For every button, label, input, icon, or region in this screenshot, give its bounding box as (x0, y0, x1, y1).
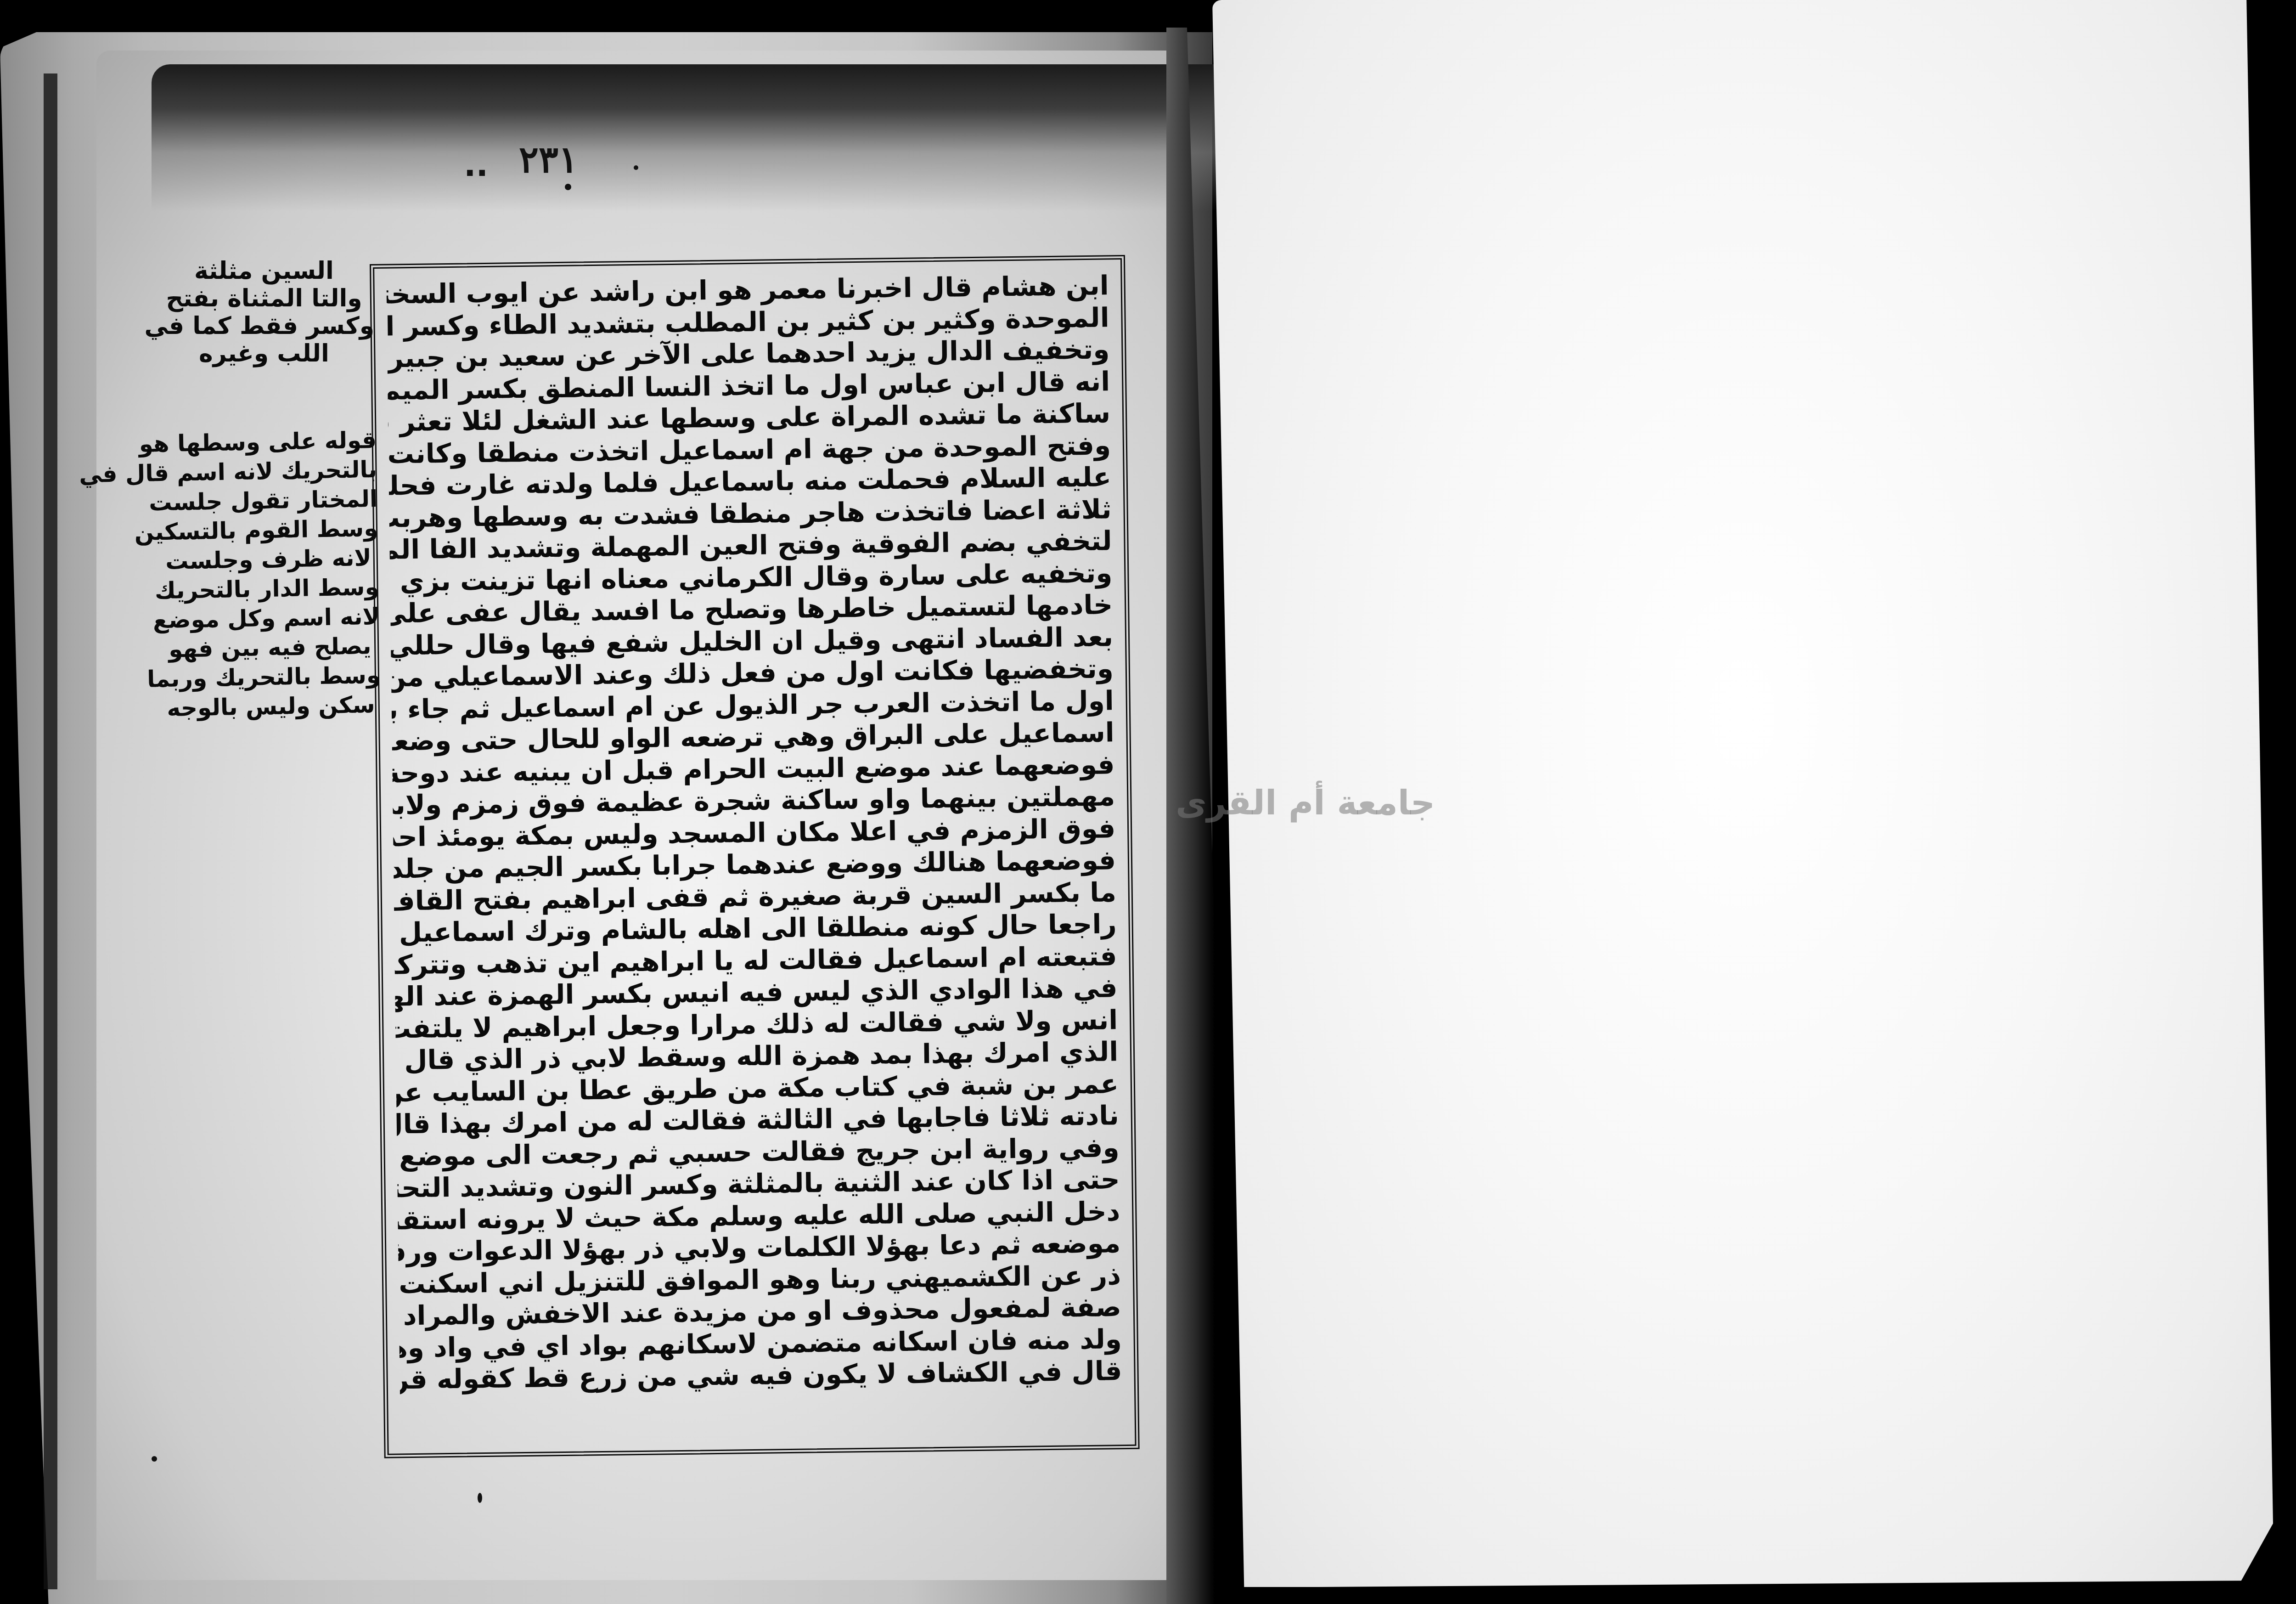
university-watermark: جامعة أم القرى (1176, 783, 1435, 823)
marginal-gloss-1: السين مثلثة والتا المثناة بفتح وكسر فقط … (154, 257, 374, 367)
gloss-line: اللب وغيره (154, 340, 374, 367)
gloss-line: سكن وليس بالوجه (161, 690, 382, 723)
gloss-line: يصلح فيه بين فهو (159, 631, 380, 664)
gloss-line: وسط بالتحريك وربما (160, 661, 381, 694)
ink-speck (565, 184, 571, 190)
gloss-line: وسط القوم بالتسكين (158, 514, 378, 547)
gloss-line: المختار تقول جلست (157, 484, 378, 517)
ink-speck (478, 1493, 482, 1503)
top-shadow (152, 64, 1309, 211)
scan-background: .. ٢٣١ السين مثلثة والتا المثناة بفتح وك… (0, 0, 2296, 1604)
gloss-line: بالتحريك لانه اسم قال في (157, 455, 377, 488)
ink-speck (634, 165, 638, 170)
gloss-line: قوله على وسطها هو (156, 425, 377, 458)
page-number-prefix: .. (464, 146, 488, 184)
page-number: ٢٣١ (519, 138, 578, 181)
left-fold-shadow (44, 73, 57, 1589)
gloss-line: والتا المثناة بفتح (154, 285, 374, 312)
gloss-line: السين مثلثة (154, 257, 374, 285)
gloss-line: لانه ظرف وجلست (158, 543, 379, 576)
ink-speck (152, 1456, 157, 1462)
main-text-block: ابن هشام قال اخبرنا معمر هو ابن راشد عن … (370, 255, 1140, 1458)
marginal-gloss-2: قوله على وسطها هو بالتحريك لانه اسم قال … (156, 425, 381, 723)
gloss-line: وسط الدار بالتحريك (158, 572, 379, 605)
body-text: ابن هشام قال اخبرنا معمر هو ابن راشد عن … (386, 270, 1122, 1396)
gloss-line: لانه اسم وكل موضع (159, 602, 380, 635)
gloss-line: وكسر فقط كما في (154, 312, 374, 340)
